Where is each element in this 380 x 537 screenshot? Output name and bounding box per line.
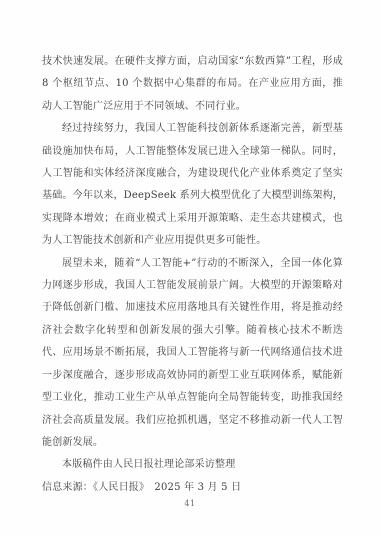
source-line: 信息来源：《人民日报》 2025 年 3 月 5 日 [42,477,343,499]
body-paragraph: 技术快速发展。在硬件支撑方面，启动国家“东数西算”工程，形成 8 个枢纽节点、1… [42,51,343,118]
page-number: 41 [0,499,380,508]
body-text-block: 技术快速发展。在硬件支撑方面，启动国家“东数西算”工程，形成 8 个枢纽节点、1… [42,51,343,499]
body-paragraph: 本版稿件由人民日报社理论部采访整理 [42,454,343,476]
body-paragraph: 展望未来，随着“人工智能+”行动的不断深入，全国一体化算力网逐步形成，我国人工智… [42,253,343,455]
body-paragraph: 经过持续努力，我国人工智能科技创新体系逐渐完善，新型基础设施加快布局，人工智能整… [42,118,343,252]
document-page: 技术快速发展。在硬件支撑方面，启动国家“东数西算”工程，形成 8 个枢纽节点、1… [0,0,380,537]
